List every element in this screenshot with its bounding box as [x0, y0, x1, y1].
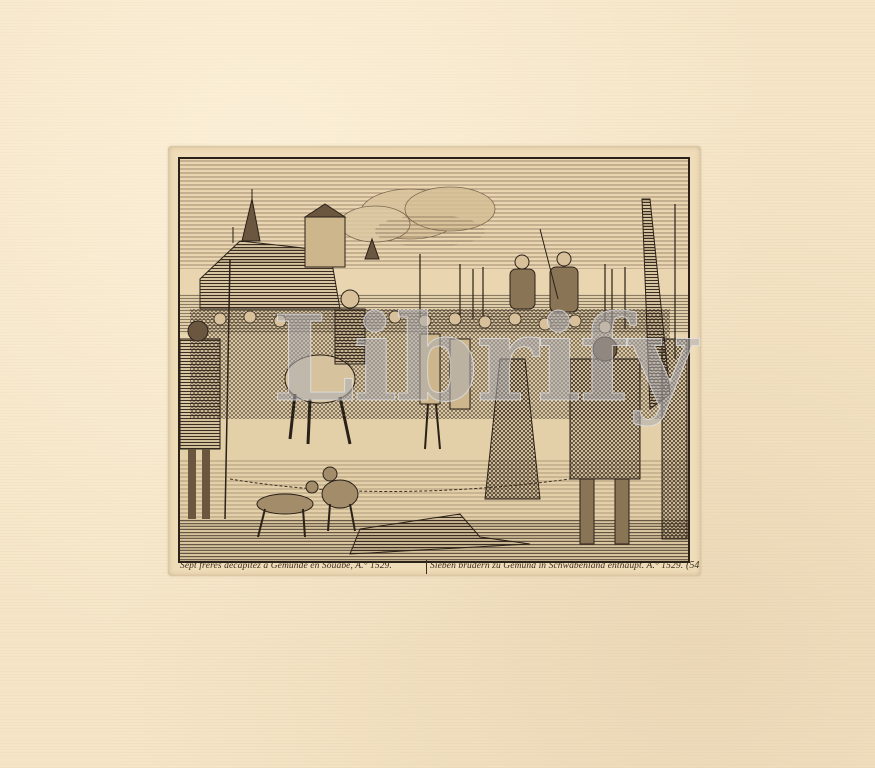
caption-german: Sieben brüdern zu Gemund in Schwabenland… — [430, 561, 683, 577]
far-right-soldier — [662, 339, 687, 539]
caption-french: Sept frères decapitez à Gemunde en Souab… — [180, 561, 392, 577]
plate-number: (54 — [686, 560, 699, 571]
caption-separator — [426, 560, 427, 574]
engraving-scene — [180, 159, 688, 561]
engraving-image — [178, 157, 690, 563]
